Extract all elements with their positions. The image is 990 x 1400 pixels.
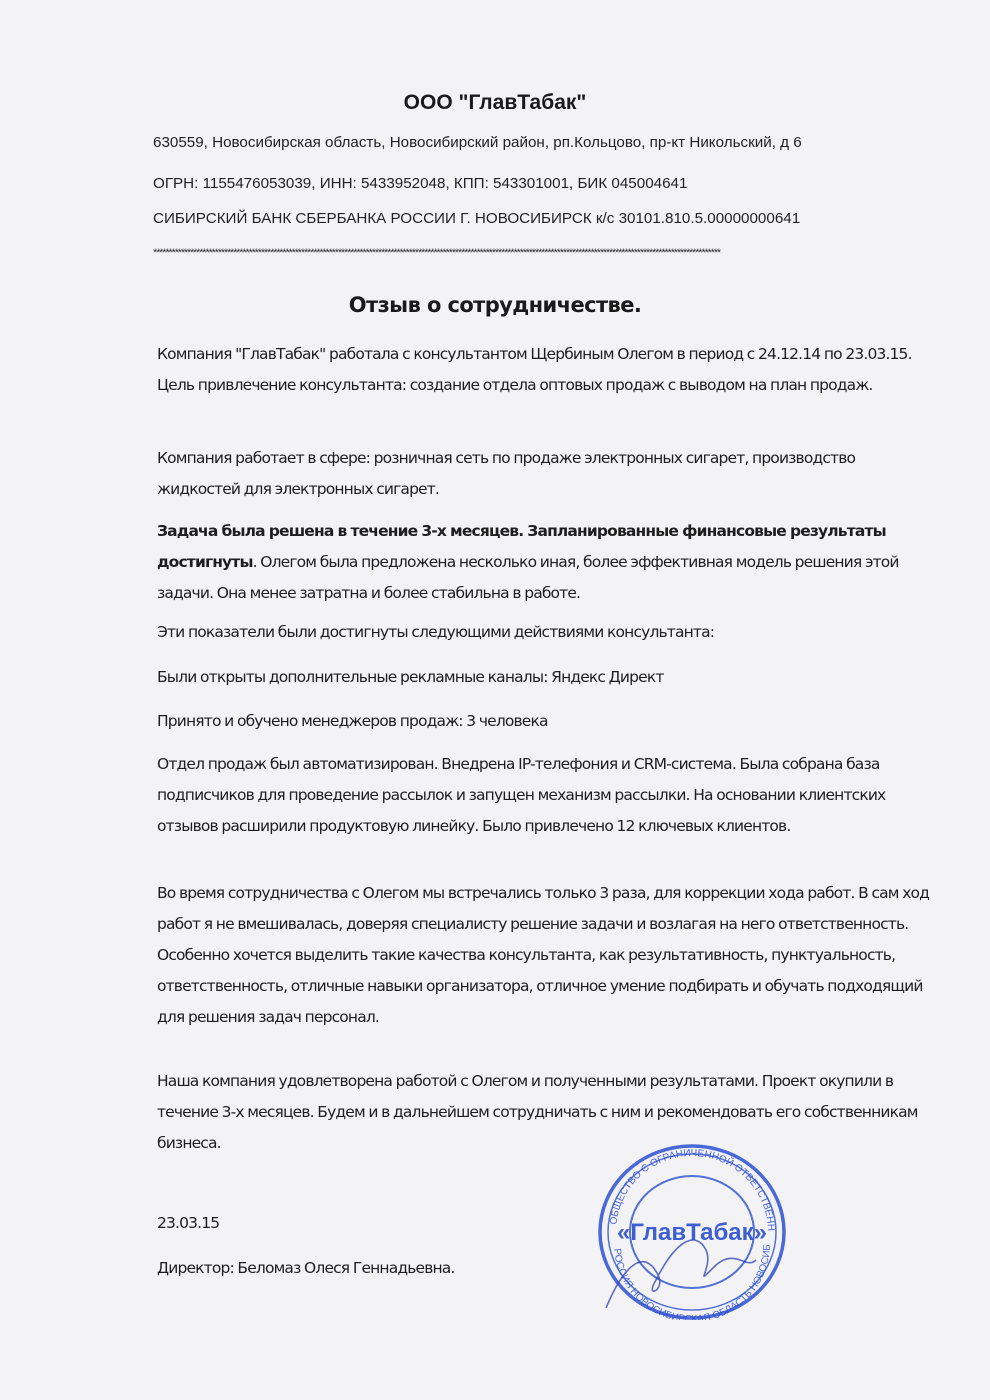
paragraph-ad-channels: Были открыты дополнительные рекламные ка… (157, 662, 937, 693)
svg-text:ОБЩЕСТВО С ОГРАНИЧЕННОЙ ОТВЕТС: ОБЩЕСТВО С ОГРАНИЧЕННОЙ ОТВЕТСТВЕННОСТЬЮ (596, 1140, 776, 1231)
paragraph-actions-intro: Эти показатели были достигнуты следующим… (157, 617, 937, 648)
paragraph-cooperation: Во время сотрудничества с Олегом мы встр… (157, 878, 937, 1033)
company-registration: ОГРН: 1155476053039, ИНН: 5433952048, КП… (153, 175, 687, 192)
document-title: Отзыв о сотрудничестве. (0, 293, 990, 317)
paragraph-business: Компания работает в сфере: розничная сет… (157, 443, 937, 505)
paragraph-managers: Принято и обучено менеджеров продаж: 3 ч… (157, 706, 937, 737)
stamp-ring-top: ОБЩЕСТВО С ОГРАНИЧЕННОЙ ОТВЕТСТВЕННОСТЬЮ (596, 1140, 776, 1231)
document-date: 23.03.15 (157, 1208, 937, 1239)
company-bank: СИБИРСКИЙ БАНК СБЕРБАНКА РОССИИ Г. НОВОС… (153, 210, 800, 227)
paragraph-period: Компания "ГлавТабак" работала с консульт… (157, 339, 937, 401)
result-detail: . Олегом была предложена несколько иная,… (157, 553, 899, 602)
stamp-center-text: «ГлавТабак» (617, 1219, 767, 1246)
separator-line: ****************************************… (153, 247, 893, 259)
company-address: 630559, Новосибирская область, Новосибир… (153, 134, 802, 151)
paragraph-automation: Отдел продаж был автоматизирован. Внедре… (157, 749, 937, 842)
document-page: ООО "ГлавТабак" 630559, Новосибирская об… (0, 0, 990, 1400)
stamp-seal-icon: ОБЩЕСТВО С ОГРАНИЧЕННОЙ ОТВЕТСТВЕННОСТЬЮ… (596, 1140, 788, 1320)
paragraph-result: Задача была решена в течение 3-х месяцев… (157, 516, 937, 609)
company-stamp: ОБЩЕСТВО С ОГРАНИЧЕННОЙ ОТВЕТСТВЕННОСТЬЮ… (596, 1140, 788, 1320)
company-name: ООО "ГлавТабак" (0, 91, 990, 115)
paragraph-satisfaction: Наша компания удовлетворена работой с Ол… (157, 1066, 937, 1159)
signatory: Директор: Беломаз Олеся Геннадьевна. (157, 1253, 937, 1284)
